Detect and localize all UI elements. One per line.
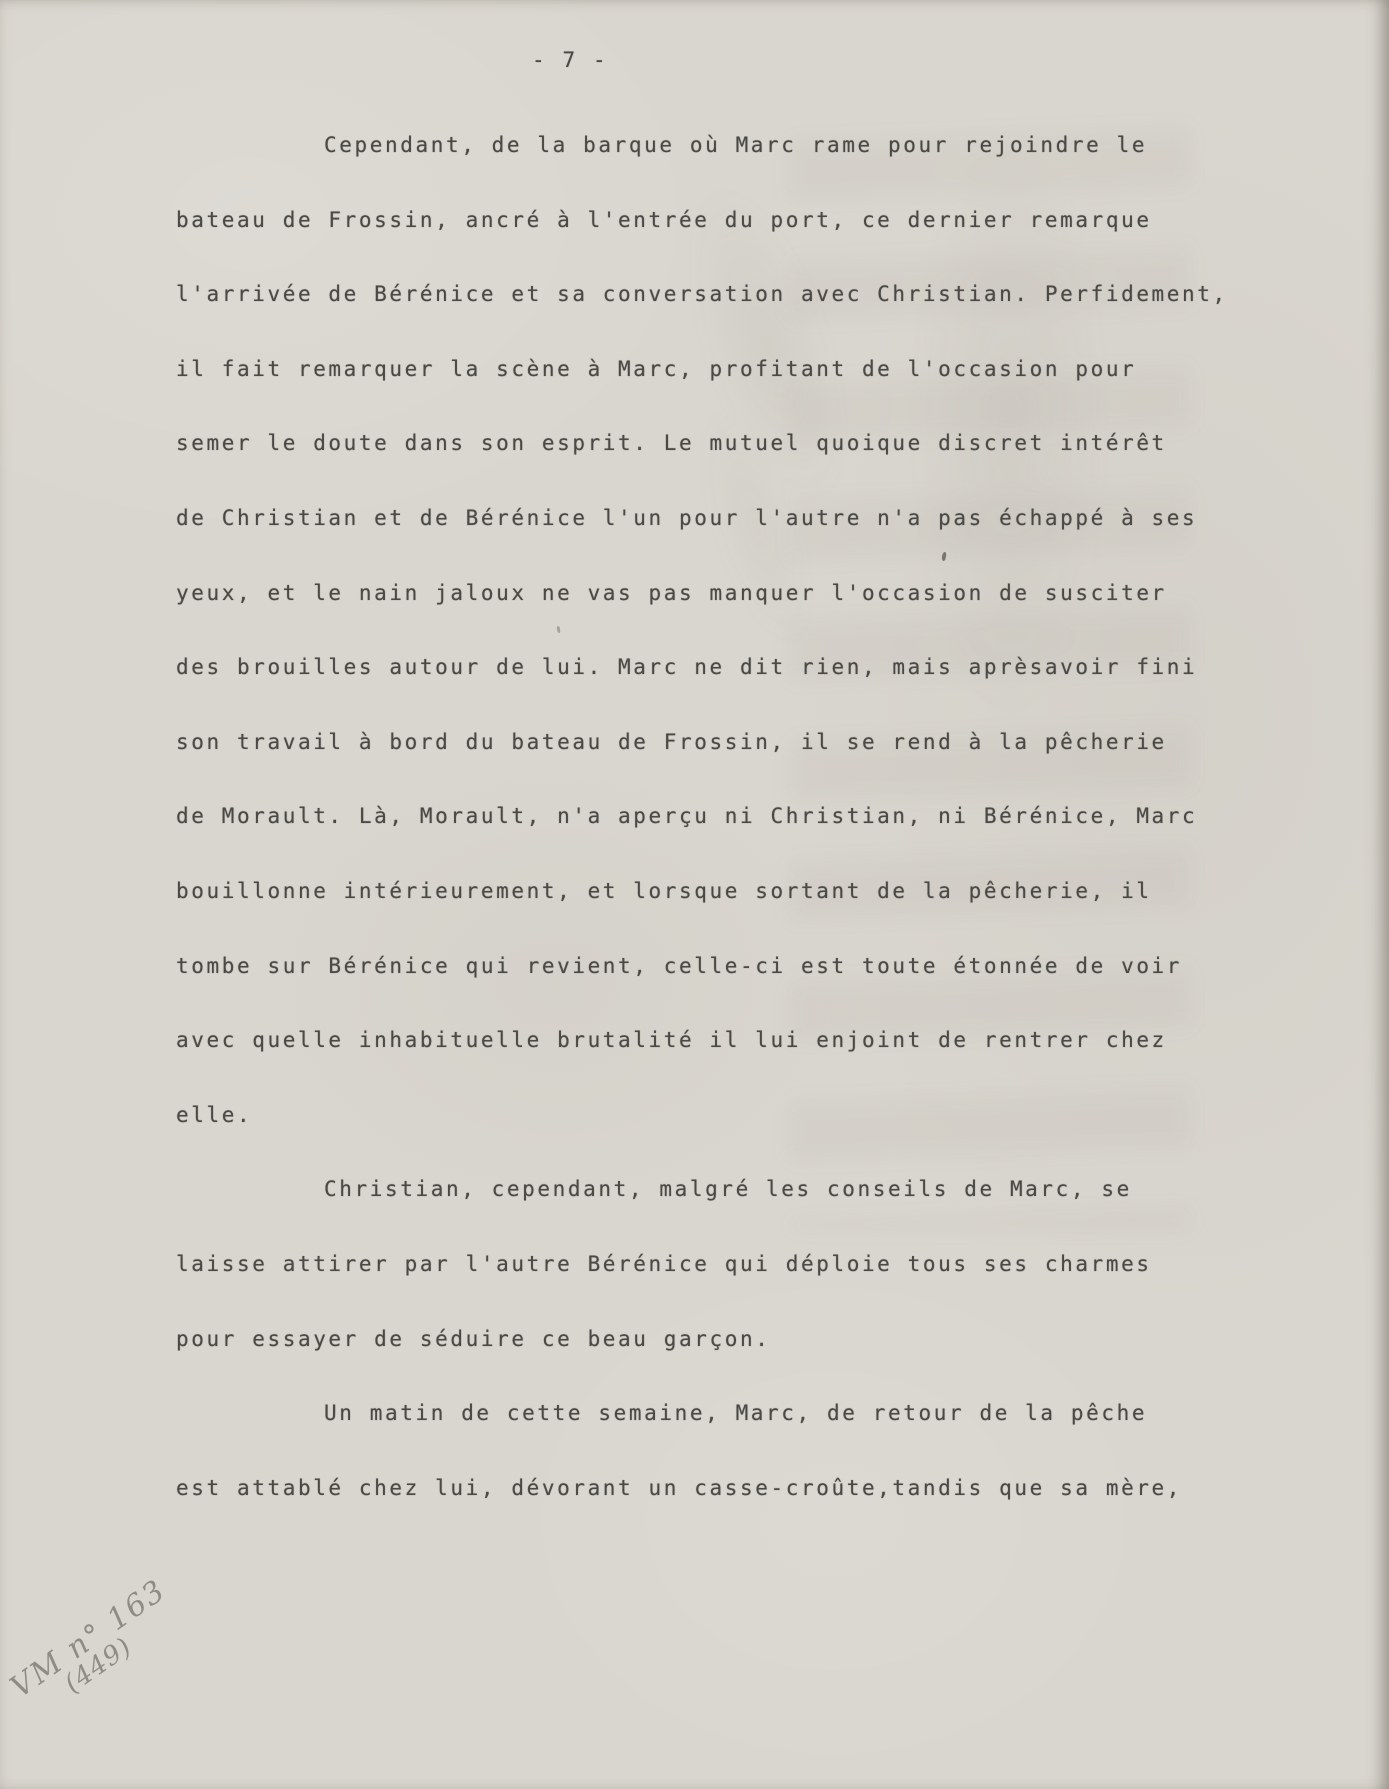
text-line: semer le doute dans son esprit. Le mutue…	[176, 431, 1167, 455]
scan-speck	[941, 552, 947, 562]
text-line: l'arrivée de Bérénice et sa conversation…	[176, 282, 1228, 306]
text-line: elle.	[176, 1103, 252, 1127]
text-line: Christian, cependant, malgré les conseil…	[324, 1177, 1132, 1201]
scanned-document-page: - 7 - Cependant, de la barque où Marc ra…	[0, 0, 1389, 1789]
text-line: est attablé chez lui, dévorant un casse-…	[176, 1476, 1182, 1500]
text-line: son travail à bord du bateau de Frossin,…	[176, 730, 1167, 754]
text-line: bouillonne intérieurement, et lorsque so…	[176, 879, 1152, 903]
text-line: des brouilles autour de lui. Marc ne dit…	[176, 655, 1197, 679]
pencil-annotation: VM n° 163 (449)	[5, 1574, 186, 1724]
text-line: pour essayer de séduire ce beau garçon.	[176, 1327, 770, 1351]
text-line: Cependant, de la barque où Marc rame pou…	[324, 133, 1147, 157]
text-line: Un matin de cette semaine, Marc, de reto…	[324, 1401, 1147, 1425]
page-number: - 7 -	[532, 48, 608, 72]
text-line: tombe sur Bérénice qui revient, celle-ci…	[176, 954, 1182, 978]
text-line: laisse attirer par l'autre Bérénice qui …	[176, 1252, 1152, 1276]
text-line: il fait remarquer la scène à Marc, profi…	[176, 357, 1136, 381]
pencil-annotation-reference: VM n° 163	[5, 1574, 171, 1704]
text-line: de Christian et de Bérénice l'un pour l'…	[176, 506, 1197, 530]
text-line: avec quelle inhabituelle brutalité il lu…	[176, 1028, 1167, 1052]
pencil-annotation-number: (449)	[60, 1599, 186, 1699]
text-line: bateau de Frossin, ancré à l'entrée du p…	[176, 208, 1152, 232]
text-line: yeux, et le nain jaloux ne vas pas manqu…	[176, 581, 1167, 605]
scan-speck	[557, 626, 561, 633]
text-line: de Morault. Là, Morault, n'a aperçu ni C…	[176, 804, 1197, 828]
verso-bleedthrough-scribble	[542, 83, 1029, 718]
